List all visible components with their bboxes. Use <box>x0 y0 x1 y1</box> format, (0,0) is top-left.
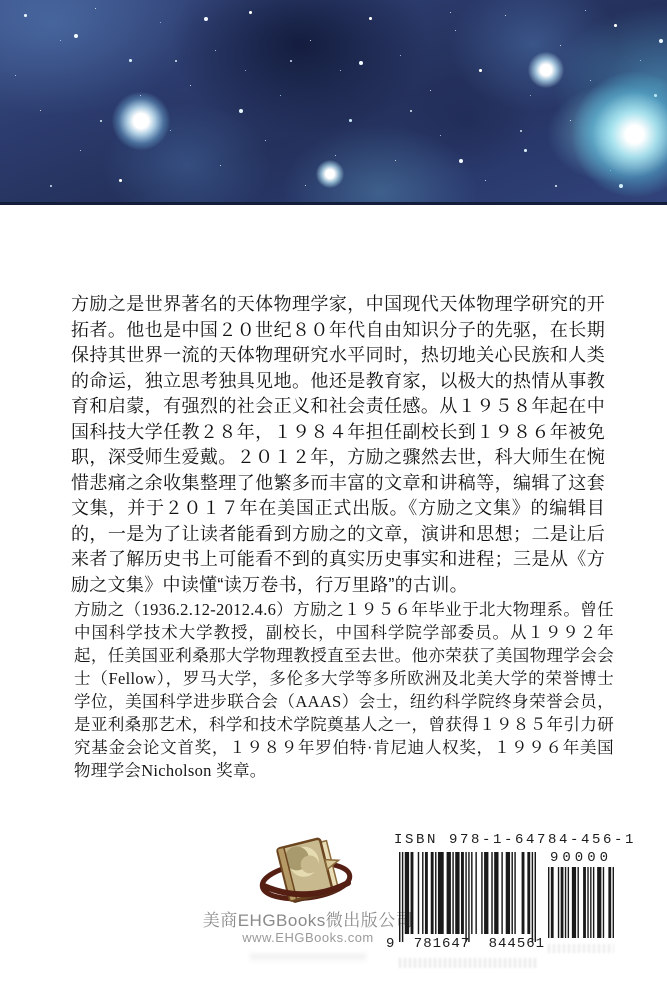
bright-nebula-glow-right <box>572 72 667 197</box>
ean13-barcode <box>399 852 536 942</box>
logo-reflection <box>250 954 366 963</box>
supplemental-barcode-reflection <box>548 944 614 953</box>
publisher-name: 美商EHGBooks微出版公司 <box>202 906 414 931</box>
price-supplemental-code: 90000 <box>547 850 615 866</box>
starfield-image <box>0 0 667 205</box>
supplemental-barcode <box>548 867 614 938</box>
publisher-book-logo-icon <box>252 834 364 908</box>
ean-digits: 9 781647 844561 <box>386 936 546 952</box>
bright-star-middle <box>316 160 344 188</box>
book-back-cover: 方励之是世界著名的天体物理学家，中国现代天体物理学研究的开拓者。他也是中国２０世… <box>0 0 667 1000</box>
bright-star-top-right <box>528 52 564 88</box>
author-bio-paragraph: 方励之（1936.2.12-2012.4.6）方励之１９５６年毕业于北大物理系。… <box>74 598 614 782</box>
bright-star-left <box>112 92 170 150</box>
description-paragraph: 方励之是世界著名的天体物理学家，中国现代天体物理学研究的开拓者。他也是中国２０世… <box>71 292 605 598</box>
medium-stars <box>0 0 2 2</box>
isbn-label: ISBN 978-1-64784-456-1 <box>386 832 644 848</box>
publisher-website: www.EHGBooks.com <box>202 930 414 945</box>
barcode-reflection <box>399 958 536 968</box>
